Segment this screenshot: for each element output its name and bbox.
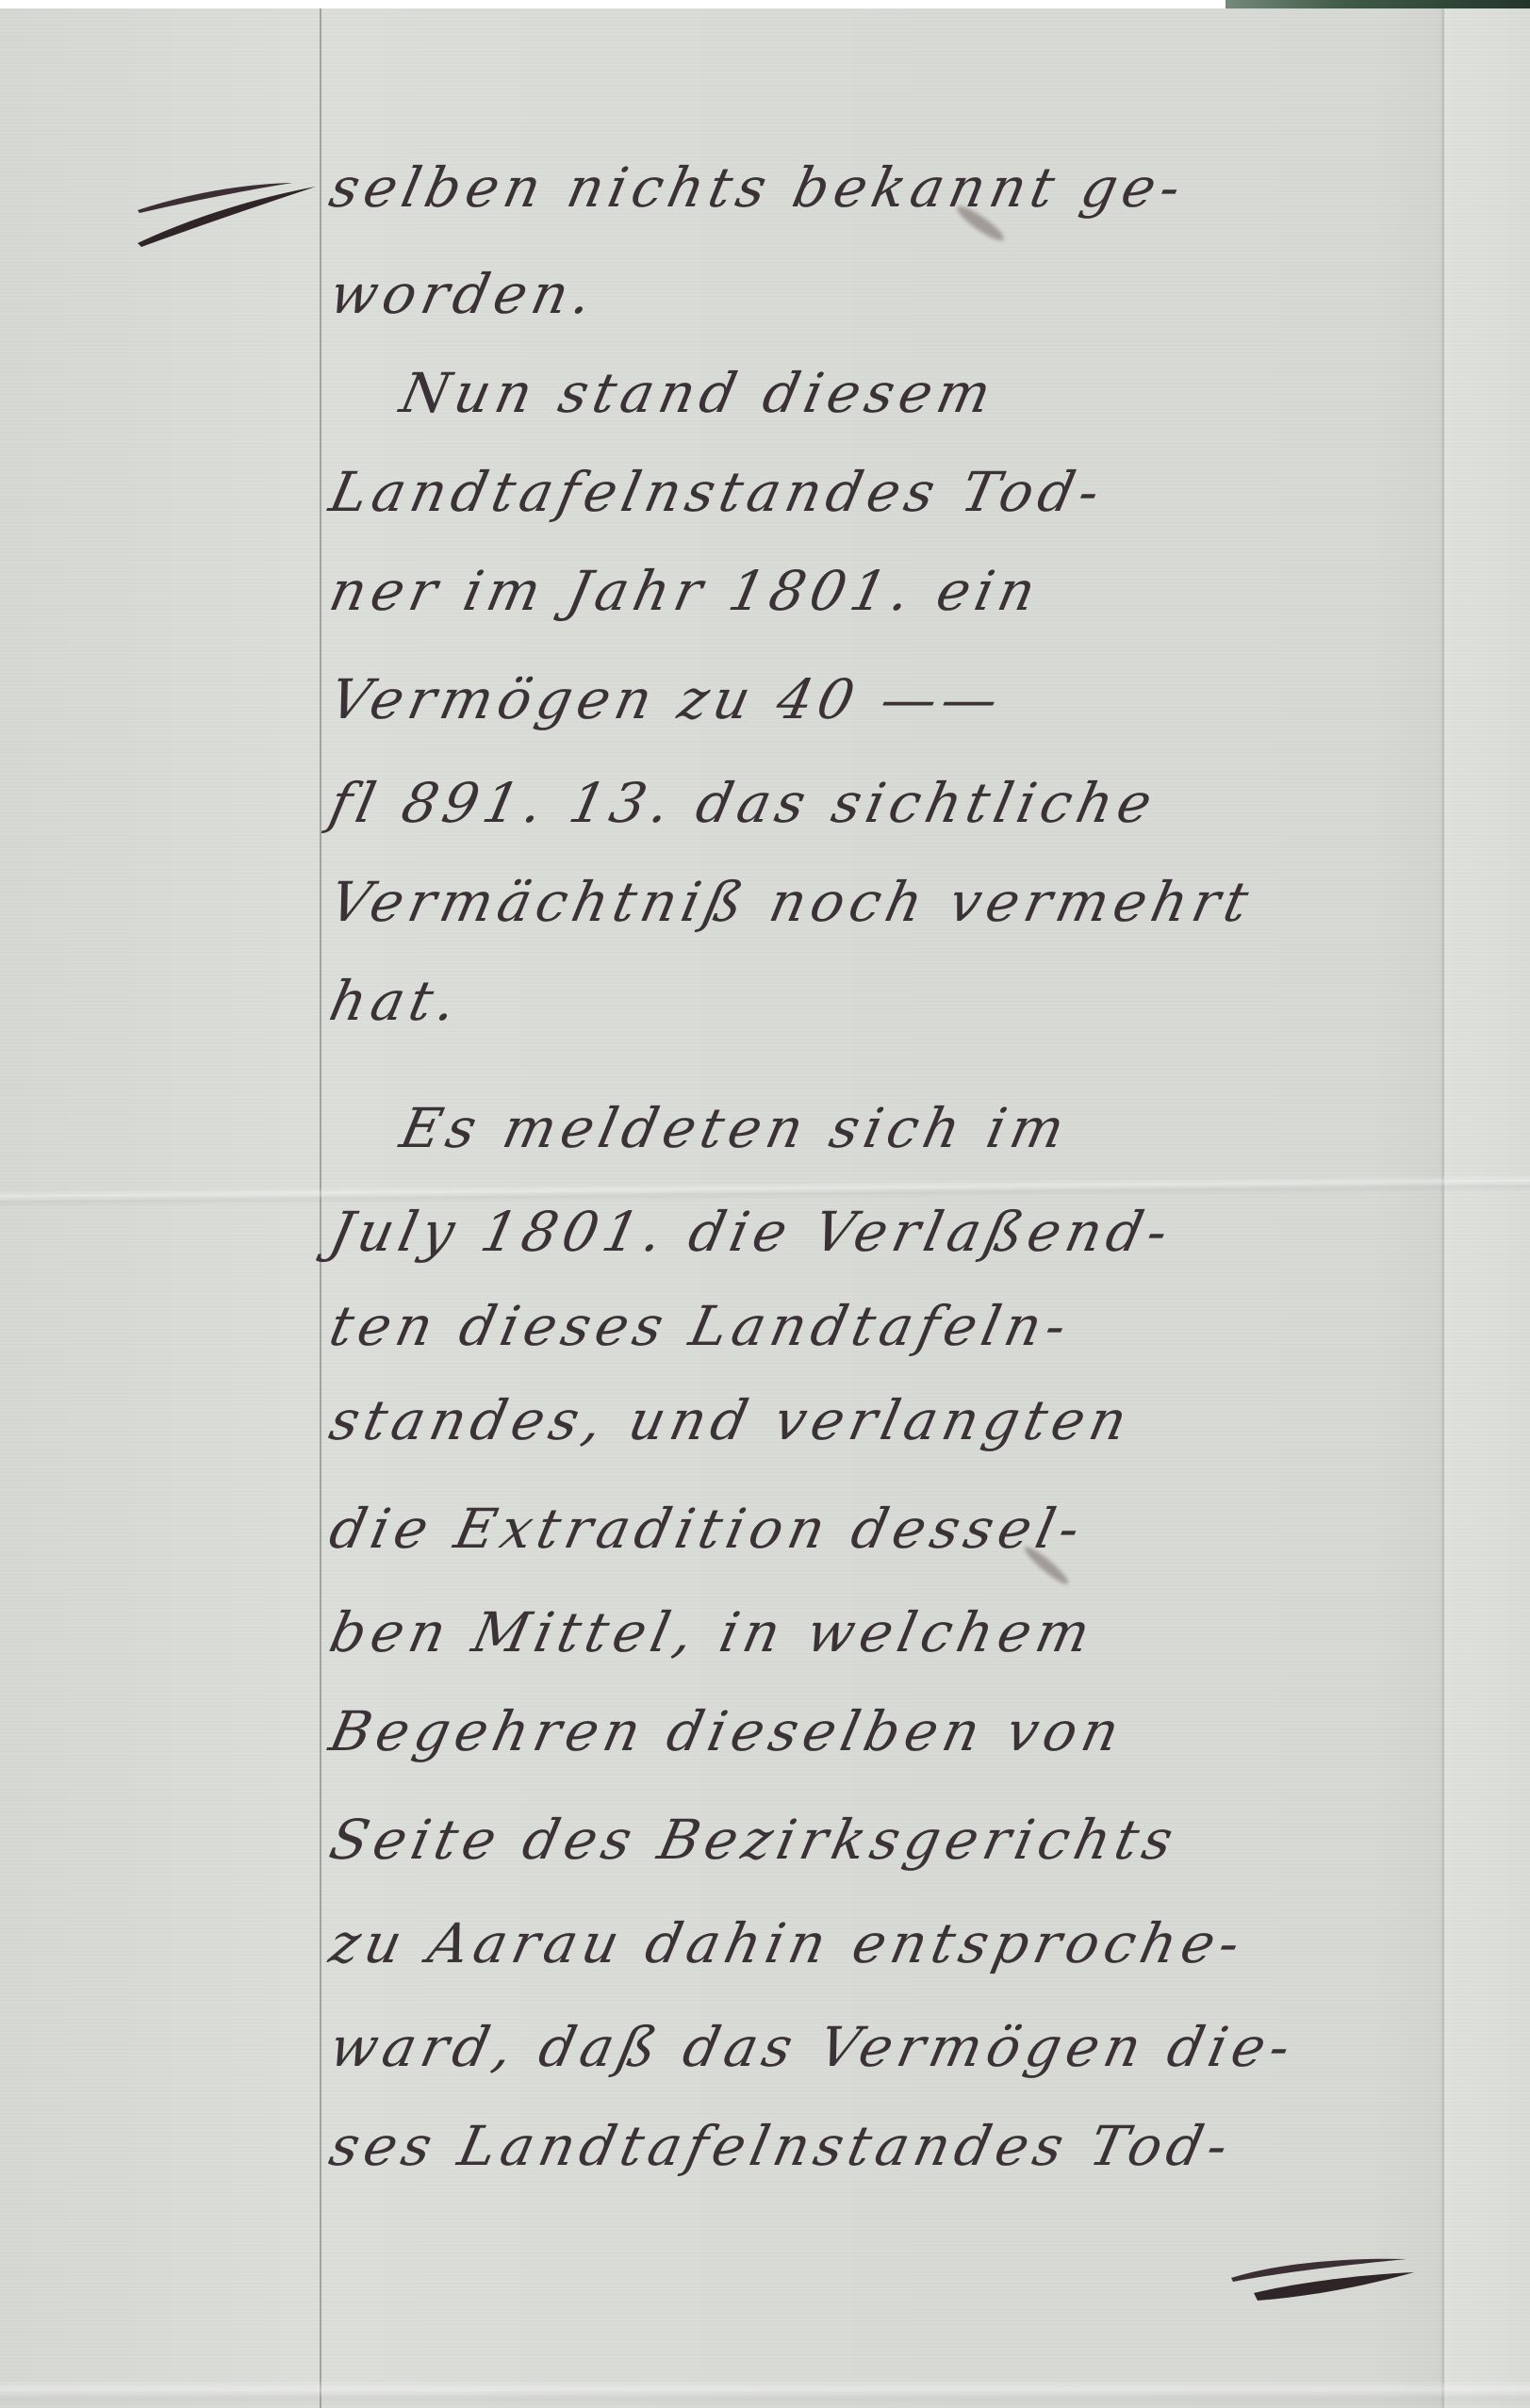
text-line-20: ses Landtafelnstandes Tod- [325, 2119, 1238, 2173]
flourish-top-left-icon [132, 170, 321, 264]
text-line-8: Vermächtniß noch vermehrt [325, 875, 1259, 929]
text-line-17: Seite des Bezirksgerichts [325, 1812, 1183, 1867]
text-line-2: worden. [325, 267, 602, 321]
paper-fold [1440, 8, 1446, 2408]
text-line-5: ner im Jahr 1801. ein [325, 564, 1045, 618]
text-line-11: July 1801. die Verlaßend- [325, 1204, 1178, 1259]
text-line-13: standes, und verlangten [325, 1393, 1137, 1448]
text-line-10: Es meldeten sich im [396, 1101, 1075, 1155]
text-line-18: zu Aarau dahin entsproche- [325, 1916, 1250, 1971]
margin-rule [320, 8, 321, 2408]
text-line-12: ten dieses Landtafeln- [325, 1299, 1077, 1353]
text-line-19: ward, daß das Vermögen die- [325, 2020, 1300, 2074]
text-line-16: Begehren dieselben von [325, 1704, 1129, 1759]
text-line-14: die Extradition dessel- [325, 1501, 1090, 1556]
paper-crease-bottom [0, 2380, 1530, 2408]
text-line-4: Landtafelnstandes Tod- [325, 465, 1110, 519]
text-line-9: hat. [325, 974, 467, 1028]
page-top-edge-white [0, 0, 1226, 8]
text-line-1: selben nichts bekannt ge- [325, 160, 1191, 215]
text-line-7: fl 891. 13. das sichtliche [325, 776, 1162, 830]
text-line-6: Vermögen zu 40 —— [325, 672, 1009, 727]
flourish-bottom-right-icon [1226, 2248, 1433, 2323]
text-line-3: Nun stand diesem [396, 366, 1001, 420]
text-line-15: ben Mittel, in welchem [325, 1605, 1100, 1660]
